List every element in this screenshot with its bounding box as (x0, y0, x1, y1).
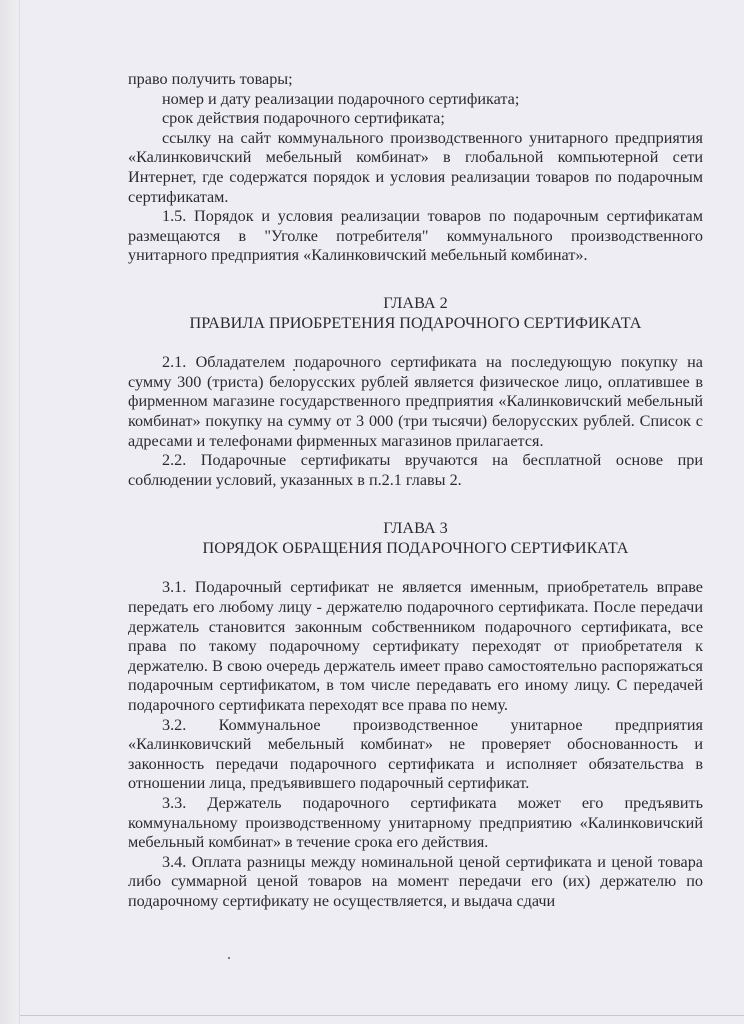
chapter-2-title: ПРАВИЛА ПРИОБРЕТЕНИЯ ПОДАРОЧНОГО СЕРТИФИ… (128, 314, 703, 334)
clause-3-1: 3.1. Подарочный сертификат не является и… (128, 578, 703, 715)
clause-3-4: 3.4. Оплата разницы между номинальной це… (128, 853, 703, 912)
clause-2-1: 2.1. Обладателем подарочного сертификата… (128, 353, 703, 451)
intro-item-rights: право получить товары; (128, 70, 703, 90)
clause-3-2: 3.2. Коммунальное производственное унита… (128, 716, 703, 794)
chapter-3-heading: ГЛАВА 3 ПОРЯДОК ОБРАЩЕНИЯ ПОДАРОЧНОГО СЕ… (128, 519, 703, 558)
chapter-3-number: ГЛАВА 3 (128, 519, 703, 539)
scan-speck (228, 957, 230, 959)
intro-item-number-date: номер и дату реализации подарочного серт… (128, 90, 703, 110)
chapter-2-number: ГЛАВА 2 (128, 294, 703, 314)
clause-3-3: 3.3. Держатель подарочного сертификата м… (128, 794, 703, 853)
chapter-2: ГЛАВА 2 ПРАВИЛА ПРИОБРЕТЕНИЯ ПОДАРОЧНОГО… (128, 294, 703, 490)
clause-2-2: 2.2. Подарочные сертификаты вручаются на… (128, 451, 703, 490)
section-intro: право получить товары; номер и дату реал… (128, 70, 703, 266)
scan-left-edge (0, 0, 20, 1024)
chapter-3: ГЛАВА 3 ПОРЯДОК ОБРАЩЕНИЯ ПОДАРОЧНОГО СЕ… (128, 519, 703, 911)
intro-item-validity: срок действия подарочного сертификата; (128, 109, 703, 129)
document-page: право получить товары; номер и дату реал… (128, 70, 703, 912)
scan-bottom-edge (20, 1015, 744, 1016)
clause-1-5: 1.5. Порядок и условия реализации товаро… (128, 207, 703, 266)
intro-item-website-link: ссылку на сайт коммунального производств… (128, 129, 703, 207)
scan-speck (293, 369, 295, 371)
scan-left-edge-line (19, 0, 20, 1024)
chapter-3-title: ПОРЯДОК ОБРАЩЕНИЯ ПОДАРОЧНОГО СЕРТИФИКАТ… (128, 539, 703, 559)
chapter-2-heading: ГЛАВА 2 ПРАВИЛА ПРИОБРЕТЕНИЯ ПОДАРОЧНОГО… (128, 294, 703, 333)
